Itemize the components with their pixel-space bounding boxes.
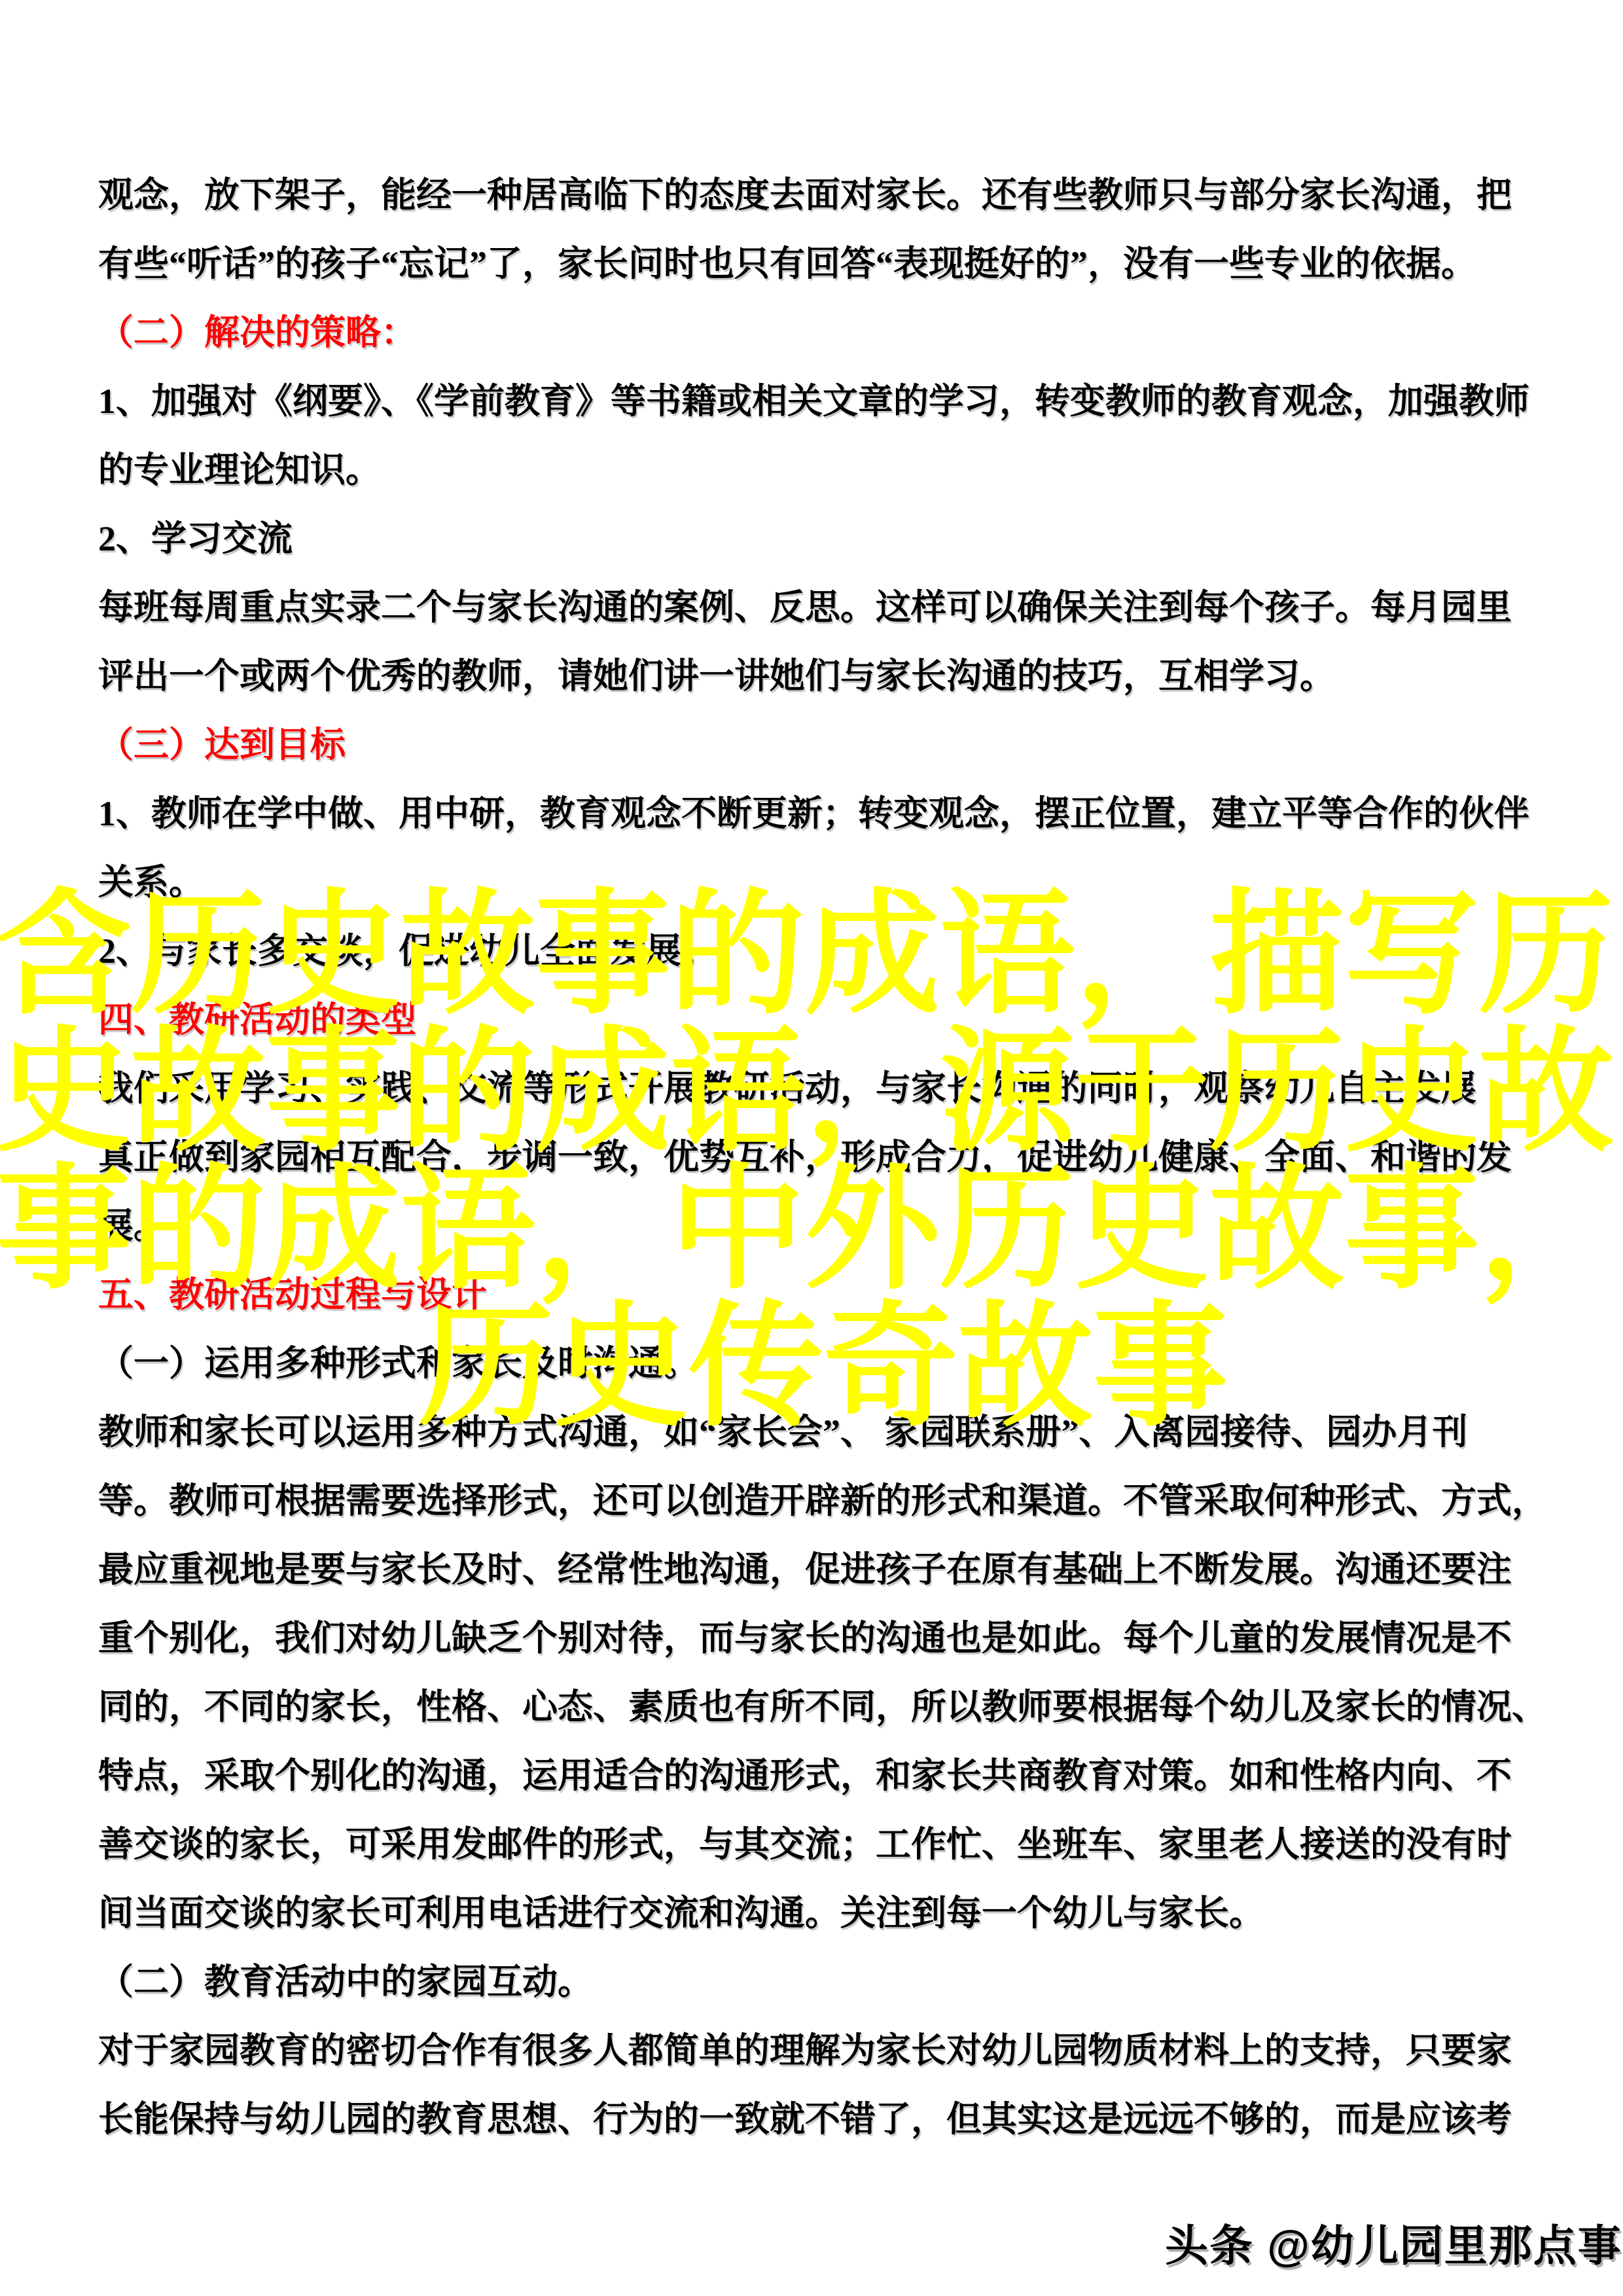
text-line: 1、加强对《纲要》、《学前教育》等书籍或相关文章的学习，转变教师的教育观念，加强…: [98, 382, 1551, 421]
text-line: 我们采用学习、实践、交流等形式开展教研活动，与家长沟通的同时，观察幼儿自主发展: [98, 1069, 1551, 1108]
footer-credit: 头条 @幼儿园里那点事: [1165, 2211, 1622, 2273]
heading-line: 四、教研活动的类型: [98, 1000, 1551, 1039]
heading-line: （三）达到目标: [98, 725, 1551, 764]
text-line: 善交谈的家长，可采用发邮件的形式，与其交流；工作忙、坐班车、家里老人接送的没有时: [98, 1825, 1551, 1864]
text-line: 2、与家长多交谈，促进幼儿全面发展。: [98, 931, 1551, 971]
text-line: 展。: [98, 1206, 1551, 1246]
text-line: 特点，采取个别化的沟通，运用适合的沟通形式，和家长共商教育对策。如和性格内向、不: [98, 1756, 1551, 1795]
text-line: 间当面交谈的家长可利用电话进行交流和沟通。关注到每一个幼儿与家长。: [98, 1893, 1551, 1933]
text-line: 观念，放下架子，能经一种居高临下的态度去面对家长。还有些教师只与部分家长沟通，把: [98, 175, 1551, 215]
page-background: 观念，放下架子，能经一种居高临下的态度去面对家长。还有些教师只与部分家长沟通，把…: [0, 0, 1623, 2296]
text-line: （一）运用多种形式和家长及时沟通。: [98, 1344, 1551, 1383]
heading-line: （二）解决的策略：: [98, 313, 1551, 352]
text-line: 2、学习交流: [98, 519, 1551, 558]
text-line: （二）教育活动中的家园互动。: [98, 1962, 1551, 2001]
text-line: 重个别化，我们对幼儿缺乏个别对待，而与家长的沟通也是如此。每个儿童的发展情况是不: [98, 1619, 1551, 1658]
text-line: 1、教师在学中做、用中研，教育观念不断更新；转变观念，摆正位置，建立平等合作的伙…: [98, 794, 1551, 833]
text-line: 真正做到家园相互配合，步调一致，优势互补，形成合力，促进幼儿健康、全面、和谐的发: [98, 1138, 1551, 1177]
text-line: 同的，不同的家长，性格、心态、素质也有所不同，所以教师要根据每个幼儿及家长的情况…: [98, 1687, 1551, 1727]
text-line: 有些“听话”的孩子“忘记”了，家长问时也只有回答“表现挺好的”，没有一些专业的依…: [98, 244, 1551, 283]
text-line: 对于家园教育的密切合作有很多人都简单的理解为家长对幼儿园物质材料上的支持，只要家: [98, 2031, 1551, 2070]
text-line: 关系。: [98, 863, 1551, 902]
text-line: 最应重视地是要与家长及时、经常性地沟通，促进孩子在原有基础上不断发展。沟通还要注: [98, 1550, 1551, 1589]
document-page: { "colors": { "background": "#ffffff", "…: [0, 0, 1623, 2296]
text-line: 的专业理论知识。: [98, 450, 1551, 490]
text-line: 等。教师可根据需要选择形式，还可以创造开辟新的形式和渠道。不管采取何种形式、方式…: [98, 1481, 1551, 1520]
text-line: 每班每周重点实录二个与家长沟通的案例、反思。这样可以确保关注到每个孩子。每月园里: [98, 588, 1551, 627]
text-line: 长能保持与幼儿园的教育思想、行为的一致就不错了，但其实这是远远不够的，而是应该考: [98, 2100, 1551, 2139]
heading-line: 五、教研活动过程与设计: [98, 1275, 1551, 1314]
text-line: 教师和家长可以运用多种方式沟通，如“家长会”、 家园联系册”、入离园接待、园办月…: [98, 1412, 1551, 1452]
text-line: 评出一个或两个优秀的教师，请她们讲一讲她们与家长沟通的技巧，互相学习。: [98, 656, 1551, 696]
